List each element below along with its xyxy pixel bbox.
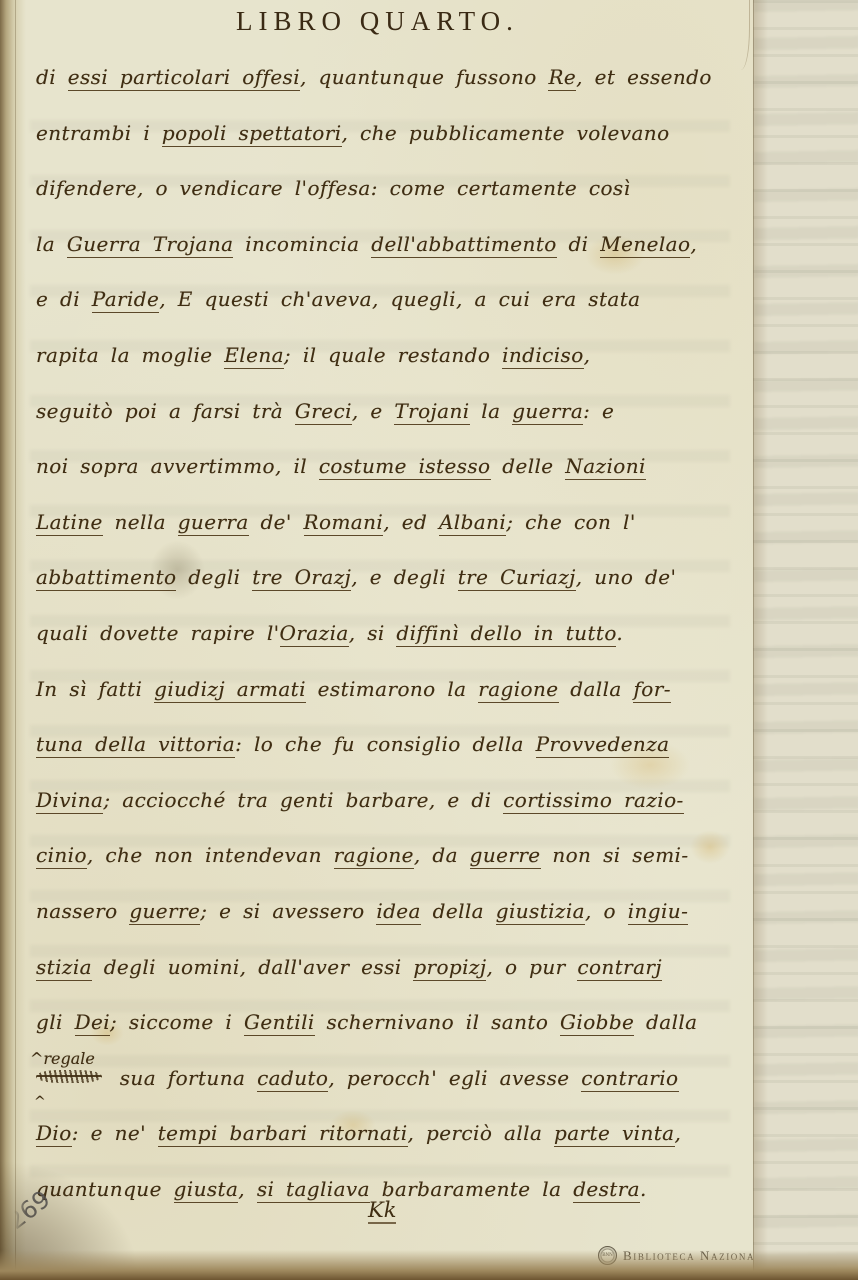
manuscript-words: degli (176, 565, 252, 589)
manuscript-words: entrambi i (36, 121, 162, 145)
underlined-word: Nazioni (565, 454, 645, 480)
manuscript-text: di essi particolari offesi, quantunque f… (36, 60, 748, 1227)
underlined-word: Divina (36, 788, 103, 814)
underlined-word: si tagliava (257, 1177, 370, 1203)
manuscript-words: la (470, 399, 513, 423)
underlined-word: ingiu- (628, 899, 689, 925)
underlined-word: guerra (178, 510, 249, 536)
manuscript-words: ; siccome i (110, 1010, 244, 1034)
manuscript-words: seguitò poi a farsi trà (36, 399, 295, 423)
underlined-word: giudizj armati (154, 677, 306, 703)
manuscript-words: ; il quale restando (284, 343, 502, 367)
underlined-word: Paride (92, 287, 159, 313)
book-gutter (0, 0, 26, 1280)
underlined-word: ragione (334, 843, 414, 869)
manuscript-words: e di (36, 287, 92, 311)
underlined-word: tempi barbari ritornati (158, 1121, 408, 1147)
manuscript-words: rapita la moglie (36, 343, 224, 367)
manuscript-words: , et essendo (576, 65, 712, 89)
manuscript-line: nassero guerre; e si avessero idea della… (36, 894, 748, 950)
underlined-word: tre Orazj (252, 565, 351, 591)
manuscript-words: , (238, 1177, 257, 1201)
manuscript-words: . (640, 1177, 647, 1201)
underlined-word: tuna della vittoria (36, 732, 235, 758)
manuscript-words: schernivano il santo (315, 1010, 560, 1034)
underlined-word: giusta (174, 1177, 239, 1203)
underlined-word: Provvedenza (536, 732, 670, 758)
manuscript-line: Dio: e ne' tempi barbari ritornati, perc… (36, 1116, 748, 1172)
underlined-word: cinio (36, 843, 87, 869)
underlined-word: Dei (75, 1010, 110, 1036)
underlined-word: giustizia (496, 899, 585, 925)
manuscript-line: ^regale^ sua fortuna caduto, perocch' eg… (36, 1061, 748, 1117)
underlined-word: destra (573, 1177, 640, 1203)
manuscript-words: : lo che fu consiglio della (235, 732, 536, 756)
underlined-word: idea (376, 899, 421, 925)
underlined-word: Latine (36, 510, 103, 536)
manuscript-words: , ed (383, 510, 439, 534)
manuscript-line: difendere, o vendicare l'offesa: come ce… (36, 171, 748, 227)
struck-out-word: ^regale^ (36, 1069, 108, 1085)
page-title: LIBRO QUARTO. (0, 6, 755, 37)
manuscript-words: ; e si avessero (200, 899, 376, 923)
underlined-word: Dio (36, 1121, 72, 1147)
underlined-word: Gentili (244, 1010, 315, 1036)
underlined-word: abbattimento (36, 565, 176, 591)
manuscript-words: nassero (36, 899, 129, 923)
underlined-word: stizia (36, 955, 92, 981)
manuscript-words: della (421, 899, 496, 923)
catchword: Kk (368, 1198, 396, 1224)
manuscript-line: Divina; acciocché tra genti barbare, e d… (36, 783, 748, 839)
underlined-word: propizj (413, 955, 486, 981)
underlined-word: Giobbe (560, 1010, 634, 1036)
manuscript-words: , o pur (486, 955, 577, 979)
manuscript-words: non si semi- (541, 843, 689, 867)
manuscript-line: e di Paride, E questi ch'aveva, quegli, … (36, 282, 748, 338)
underlined-word: tre Curiazj (458, 565, 576, 591)
underlined-word: guerre (129, 899, 200, 925)
manuscript-line: seguitò poi a farsi trà Greci, e Trojani… (36, 394, 748, 450)
underlined-word: Albani (439, 510, 506, 536)
manuscript-words: In sì fatti (36, 677, 154, 701)
insertion-caret: ^ (34, 1085, 46, 1119)
manuscript-words: la (36, 232, 67, 256)
manuscript-words: degli uomini, dall'aver essi (92, 955, 413, 979)
manuscript-line: abbattimento degli tre Orazj, e degli tr… (36, 560, 748, 616)
manuscript-words: incomincia (233, 232, 371, 256)
underlined-word: Re (548, 65, 576, 91)
underlined-word: Orazia (280, 621, 349, 647)
gutter-fold-line (15, 0, 16, 1280)
manuscript-words: , che pubblicamente volevano (342, 121, 670, 145)
manuscript-words: , si (349, 621, 397, 645)
manuscript-line: In sì fatti giudizj armati estimarono la… (36, 672, 748, 728)
manuscript-words: , (675, 1121, 682, 1145)
underlined-word: parte vinta (554, 1121, 674, 1147)
manuscript-line: Latine nella guerra de' Romani, ed Alban… (36, 505, 748, 561)
underlined-word: essi particolari offesi (68, 65, 300, 91)
manuscript-words: di (36, 65, 68, 89)
underlined-word: costume istesso (319, 454, 491, 480)
underlined-word: Romani (304, 510, 384, 536)
manuscript-line: entrambi i popoli spettatori, che pubbli… (36, 116, 748, 172)
underlined-word: for- (633, 677, 670, 703)
manuscript-words: barbaramente la (370, 1177, 573, 1201)
underlined-word: Greci (295, 399, 352, 425)
underlined-word: ragione (478, 677, 558, 703)
manuscript-words: , che non intendevan (87, 843, 334, 867)
manuscript-line: rapita la moglie Elena; il quale restand… (36, 338, 748, 394)
manuscript-words: de' (249, 510, 304, 534)
underlined-word: caduto (257, 1066, 328, 1092)
manuscript-words: , (584, 343, 591, 367)
manuscript-words: . (616, 621, 623, 645)
manuscript-words: , (690, 232, 697, 256)
manuscript-words: , perciò alla (408, 1121, 555, 1145)
manuscript-line: noi sopra avvertimmo, il costume istesso… (36, 449, 748, 505)
manuscript-words: , E questi ch'aveva, quegli, a cui era s… (159, 287, 640, 311)
manuscript-words: , uno de' (576, 565, 677, 589)
manuscript-words: nella (103, 510, 178, 534)
strike-scribble (36, 1070, 102, 1083)
underlined-word: indiciso (502, 343, 584, 369)
underlined-word: Guerra Trojana (67, 232, 234, 258)
manuscript-words: di (557, 232, 601, 256)
manuscript-words: , perocch' egli avesse (328, 1066, 581, 1090)
facing-page-edge (753, 0, 858, 1280)
manuscript-words: : e (583, 399, 614, 423)
manuscript-words: delle (491, 454, 566, 478)
underlined-word: Trojani (394, 399, 469, 425)
manuscript-page-scan: LIBRO QUARTO. 267 di essi particolari of… (0, 0, 858, 1280)
manuscript-words: , o (585, 899, 628, 923)
book-bottom-edge (0, 1250, 858, 1280)
manuscript-words: difendere, o vendicare l'offesa: come ce… (36, 176, 630, 200)
manuscript-line: stizia degli uomini, dall'aver essi prop… (36, 950, 748, 1006)
underlined-word: popoli spettatori (162, 121, 342, 147)
manuscript-words: : e ne' (72, 1121, 158, 1145)
manuscript-words: , da (414, 843, 470, 867)
underlined-word: dell'abbattimento (371, 232, 556, 258)
manuscript-words: sua fortuna (108, 1066, 257, 1090)
underlined-word: Elena (224, 343, 284, 369)
manuscript-words: gli (36, 1010, 75, 1034)
underlined-word: Menelao (600, 232, 690, 258)
manuscript-words: ; che con l' (506, 510, 636, 534)
manuscript-words: noi sopra avvertimmo, il (36, 454, 319, 478)
manuscript-line: gli Dei; siccome i Gentili schernivano i… (36, 1005, 748, 1061)
manuscript-words: dalla (634, 1010, 697, 1034)
manuscript-words: , e (352, 399, 395, 423)
manuscript-line: tuna della vittoria: lo che fu consiglio… (36, 727, 748, 783)
manuscript-line: cinio, che non intendevan ragione, da gu… (36, 838, 748, 894)
manuscript-line: la Guerra Trojana incomincia dell'abbatt… (36, 227, 748, 283)
underlined-word: guerra (512, 399, 583, 425)
manuscript-words: quali dovette rapire l' (36, 621, 280, 645)
underlined-word: contrario (581, 1066, 678, 1092)
manuscript-line: di essi particolari offesi, quantunque f… (36, 60, 748, 116)
underlined-word: guerre (470, 843, 541, 869)
underlined-word: cortissimo razio- (503, 788, 684, 814)
manuscript-words: ; acciocché tra genti barbare, e di (103, 788, 503, 812)
manuscript-words: , e degli (351, 565, 458, 589)
manuscript-words: dalla (559, 677, 634, 701)
underlined-word: contrarj (577, 955, 662, 981)
manuscript-words: , quantunque fussono (300, 65, 548, 89)
underlined-word: diffinì dello in tutto (396, 621, 616, 647)
manuscript-line: quali dovette rapire l'Orazia, si diffin… (36, 616, 748, 672)
manuscript-words: estimarono la (306, 677, 478, 701)
